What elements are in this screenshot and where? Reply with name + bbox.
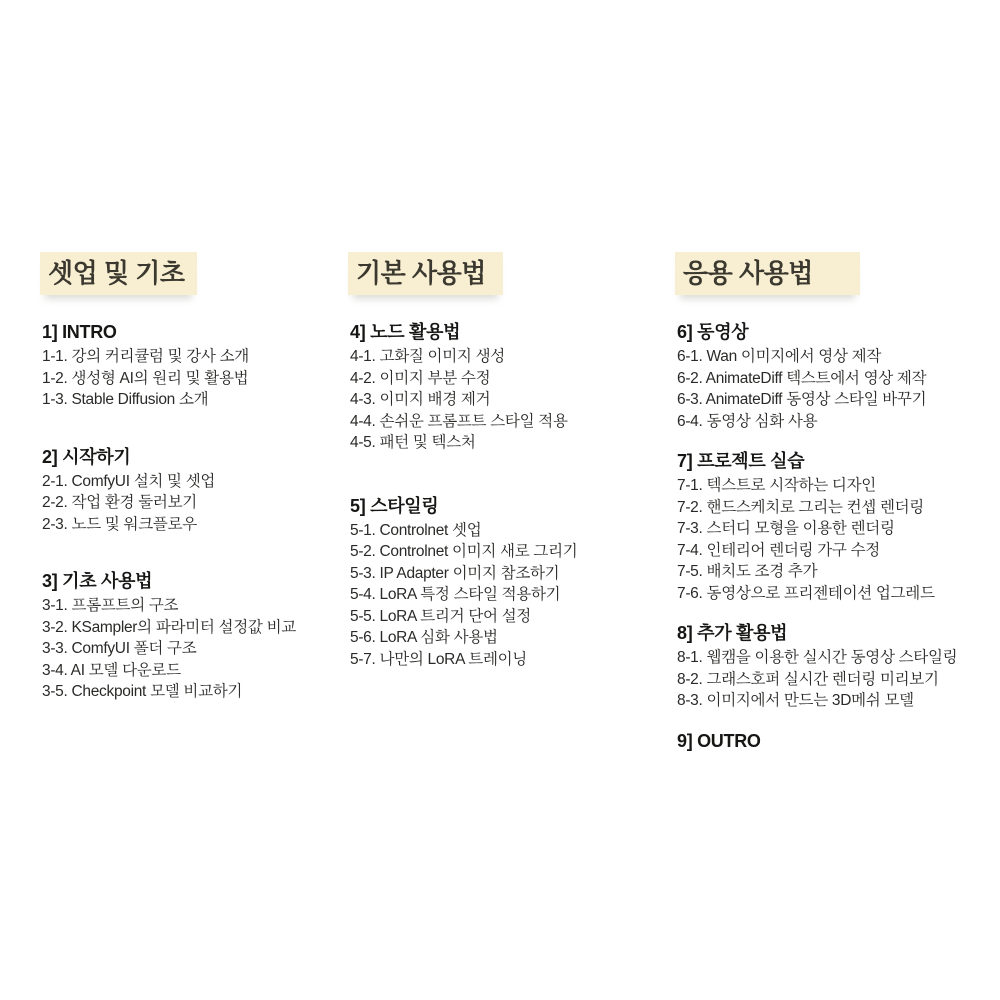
section-title: 5] 스타일링 (350, 494, 668, 518)
lesson-item: 6-1. Wan 이미지에서 영상 제작 (677, 346, 997, 368)
lesson-item: 7-2. 핸드스케치로 그리는 컨셉 렌더링 (677, 497, 997, 519)
curriculum-section: 9] OUTRO (677, 729, 997, 753)
column-header-badge: 응용 사용법 (675, 252, 860, 295)
column-header-label: 셋업 및 기초 (48, 258, 185, 288)
curriculum-overview: 셋업 및 기초 1] INTRO 1-1. 강의 커리큘럼 및 강사 소개1-2… (0, 0, 1000, 1000)
lesson-item: 2-1. ComfyUI 설치 및 셋업 (42, 471, 342, 493)
lesson-item: 1-3. Stable Diffusion 소개 (42, 389, 342, 411)
lesson-item: 5-1. Controlnet 셋업 (350, 520, 668, 542)
section-list: 4] 노드 활용법 4-1. 고화질 이미지 생성4-2. 이미지 부분 수정4… (350, 320, 668, 670)
lesson-list: 3-1. 프롬프트의 구조3-2. KSampler의 파라미터 설정값 비교3… (42, 595, 342, 703)
section-title: 7] 프로젝트 실습 (677, 449, 997, 473)
section-title: 1] INTRO (42, 320, 342, 344)
lesson-item: 7-6. 동영상으로 프리젠테이션 업그레드 (677, 583, 997, 605)
lesson-item: 3-3. ComfyUI 폴더 구조 (42, 638, 342, 660)
lesson-item: 1-2. 생성형 AI의 원리 및 활용법 (42, 368, 342, 390)
lesson-item: 4-1. 고화질 이미지 생성 (350, 346, 668, 368)
lesson-item: 1-1. 강의 커리큘럼 및 강사 소개 (42, 346, 342, 368)
curriculum-column: 기본 사용법 4] 노드 활용법 4-1. 고화질 이미지 생성4-2. 이미지… (350, 252, 668, 670)
lesson-item: 7-3. 스터디 모형을 이용한 렌더링 (677, 518, 997, 540)
lesson-item: 2-2. 작업 환경 둘러보기 (42, 492, 342, 514)
lesson-item: 6-2. AnimateDiff 텍스트에서 영상 제작 (677, 368, 997, 390)
column-header-badge: 기본 사용법 (348, 252, 503, 295)
lesson-item: 5-7. 나만의 LoRA 트레이닝 (350, 649, 668, 671)
column-header-label: 응용 사용법 (683, 258, 813, 288)
curriculum-section: 4] 노드 활용법 4-1. 고화질 이미지 생성4-2. 이미지 부분 수정4… (350, 320, 668, 454)
lesson-item: 4-5. 패턴 및 텍스처 (350, 432, 668, 454)
column-header-label: 기본 사용법 (356, 258, 486, 288)
section-title: 6] 동영상 (677, 320, 997, 344)
lesson-item: 2-3. 노드 및 워크플로우 (42, 514, 342, 536)
curriculum-section: 1] INTRO 1-1. 강의 커리큘럼 및 강사 소개1-2. 생성형 AI… (42, 320, 342, 411)
lesson-item: 4-3. 이미지 배경 제거 (350, 389, 668, 411)
curriculum-column: 셋업 및 기초 1] INTRO 1-1. 강의 커리큘럼 및 강사 소개1-2… (42, 252, 342, 703)
lesson-item: 3-5. Checkpoint 모델 비교하기 (42, 681, 342, 703)
lesson-item: 3-2. KSampler의 파라미터 설정값 비교 (42, 617, 342, 639)
lesson-list: 5-1. Controlnet 셋업5-2. Controlnet 이미지 새로… (350, 520, 668, 671)
lesson-item: 7-5. 배치도 조경 추가 (677, 561, 997, 583)
lesson-item: 3-4. AI 모델 다운로드 (42, 660, 342, 682)
section-title: 3] 기초 사용법 (42, 569, 342, 593)
lesson-item: 4-4. 손쉬운 프롬프트 스타일 적용 (350, 411, 668, 433)
lesson-item: 5-6. LoRA 심화 사용법 (350, 627, 668, 649)
lesson-item: 4-2. 이미지 부분 수정 (350, 368, 668, 390)
curriculum-section: 8] 추가 활용법 8-1. 웹캠을 이용한 실시간 동영상 스타일링8-2. … (677, 621, 997, 712)
lesson-item: 6-3. AnimateDiff 동영상 스타일 바꾸기 (677, 389, 997, 411)
lesson-item: 7-1. 텍스트로 시작하는 디자인 (677, 475, 997, 497)
lesson-item: 8-3. 이미지에서 만드는 3D메쉬 모델 (677, 690, 997, 712)
lesson-list: 7-1. 텍스트로 시작하는 디자인7-2. 핸드스케치로 그리는 컨셉 렌더링… (677, 475, 997, 604)
lesson-item: 5-2. Controlnet 이미지 새로 그리기 (350, 541, 668, 563)
lesson-item: 5-3. IP Adapter 이미지 참조하기 (350, 563, 668, 585)
lesson-item: 8-2. 그래스호퍼 실시간 렌더링 미리보기 (677, 669, 997, 691)
curriculum-section: 5] 스타일링 5-1. Controlnet 셋업5-2. Controlne… (350, 494, 668, 671)
lesson-item: 6-4. 동영상 심화 사용 (677, 411, 997, 433)
section-title: 4] 노드 활용법 (350, 320, 668, 344)
lesson-list: 2-1. ComfyUI 설치 및 셋업2-2. 작업 환경 둘러보기2-3. … (42, 471, 342, 536)
lesson-item: 5-4. LoRA 특정 스타일 적용하기 (350, 584, 668, 606)
section-list: 1] INTRO 1-1. 강의 커리큘럼 및 강사 소개1-2. 생성형 AI… (42, 320, 342, 703)
lesson-list: 4-1. 고화질 이미지 생성4-2. 이미지 부분 수정4-3. 이미지 배경… (350, 346, 668, 454)
lesson-item: 5-5. LoRA 트리거 단어 설정 (350, 606, 668, 628)
curriculum-section: 2] 시작하기 2-1. ComfyUI 설치 및 셋업2-2. 작업 환경 둘… (42, 445, 342, 536)
section-title: 2] 시작하기 (42, 445, 342, 469)
lesson-item: 3-1. 프롬프트의 구조 (42, 595, 342, 617)
lesson-item: 7-4. 인테리어 렌더링 가구 수정 (677, 540, 997, 562)
lesson-list: 8-1. 웹캠을 이용한 실시간 동영상 스타일링8-2. 그래스호퍼 실시간 … (677, 647, 997, 712)
section-list: 6] 동영상 6-1. Wan 이미지에서 영상 제작6-2. AnimateD… (677, 320, 997, 753)
lesson-item: 8-1. 웹캠을 이용한 실시간 동영상 스타일링 (677, 647, 997, 669)
column-header-badge: 셋업 및 기초 (40, 252, 197, 295)
lesson-list: 1-1. 강의 커리큘럼 및 강사 소개1-2. 생성형 AI의 원리 및 활용… (42, 346, 342, 411)
curriculum-section: 6] 동영상 6-1. Wan 이미지에서 영상 제작6-2. AnimateD… (677, 320, 997, 432)
curriculum-section: 3] 기초 사용법 3-1. 프롬프트의 구조3-2. KSampler의 파라… (42, 569, 342, 703)
curriculum-column: 응용 사용법 6] 동영상 6-1. Wan 이미지에서 영상 제작6-2. A… (677, 252, 997, 755)
curriculum-section: 7] 프로젝트 실습 7-1. 텍스트로 시작하는 디자인7-2. 핸드스케치로… (677, 449, 997, 604)
section-title: 9] OUTRO (677, 729, 997, 753)
section-title: 8] 추가 활용법 (677, 621, 997, 645)
lesson-list: 6-1. Wan 이미지에서 영상 제작6-2. AnimateDiff 텍스트… (677, 346, 997, 432)
